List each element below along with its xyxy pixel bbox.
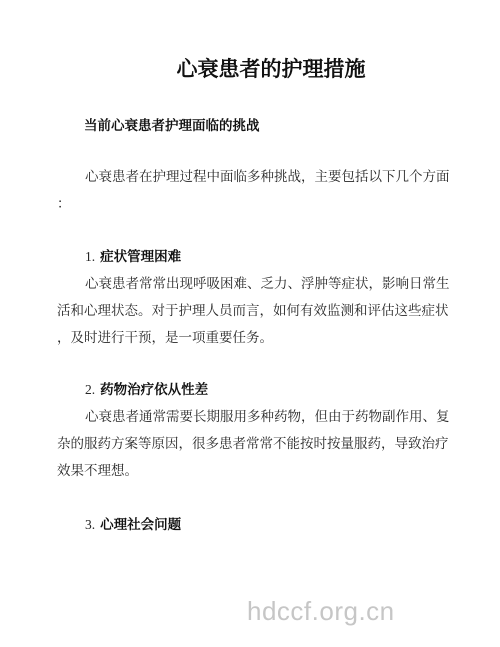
document-page: 心衰患者的护理措施 当前心衰患者护理面临的挑战 心衰患者在护理过程中面临多种挑战… bbox=[0, 0, 500, 647]
section-psychosocial: 3.心理社会问题 bbox=[57, 511, 181, 538]
section-2-body-line-3: 效果不理想。 bbox=[57, 457, 450, 484]
section-3-title: 心理社会问题 bbox=[100, 517, 181, 532]
section-3-number: 3. bbox=[85, 517, 95, 532]
section-1-heading: 1.症状管理困难 bbox=[57, 243, 450, 270]
section-1-title: 症状管理困难 bbox=[100, 249, 181, 264]
section-2-body-line-1: 心衰患者通常需要长期服用多种药物，但由于药物副作用、复 bbox=[57, 403, 450, 430]
page-title: 心衰患者的护理措施 bbox=[0, 55, 500, 85]
section-2-body-line-2: 杂的服药方案等原因，很多患者常常不能按时按量服药，导致治疗 bbox=[57, 430, 450, 457]
section-symptom-management: 1.症状管理困难 心衰患者常常出现呼吸困难、乏力、浮肿等症状，影响日常生 活和心… bbox=[57, 243, 450, 351]
challenges-subheading: 当前心衰患者护理面临的挑战 bbox=[84, 112, 260, 139]
section-2-number: 2. bbox=[85, 382, 95, 397]
section-2-title: 药物治疗依从性差 bbox=[100, 382, 208, 397]
section-3-heading: 3.心理社会问题 bbox=[57, 511, 181, 538]
section-medication-adherence: 2.药物治疗依从性差 心衰患者通常需要长期服用多种药物，但由于药物副作用、复 杂… bbox=[57, 376, 450, 484]
site-watermark: hdccf.org.cn bbox=[247, 597, 395, 625]
section-1-body-line-1: 心衰患者常常出现呼吸困难、乏力、浮肿等症状，影响日常生 bbox=[57, 270, 450, 297]
intro-paragraph: 心衰患者在护理过程中面临多种挑战，主要包括以下几个方面 ： bbox=[57, 163, 450, 217]
section-1-body-line-3: ，及时进行干预，是一项重要任务。 bbox=[57, 324, 450, 351]
intro-line-1: 心衰患者在护理过程中面临多种挑战，主要包括以下几个方面 bbox=[57, 163, 450, 190]
section-1-body-line-2: 活和心理状态。对于护理人员而言，如何有效监测和评估这些症状 bbox=[57, 297, 450, 324]
intro-line-2: ： bbox=[57, 190, 450, 217]
section-2-heading: 2.药物治疗依从性差 bbox=[57, 376, 450, 403]
section-1-number: 1. bbox=[85, 249, 95, 264]
